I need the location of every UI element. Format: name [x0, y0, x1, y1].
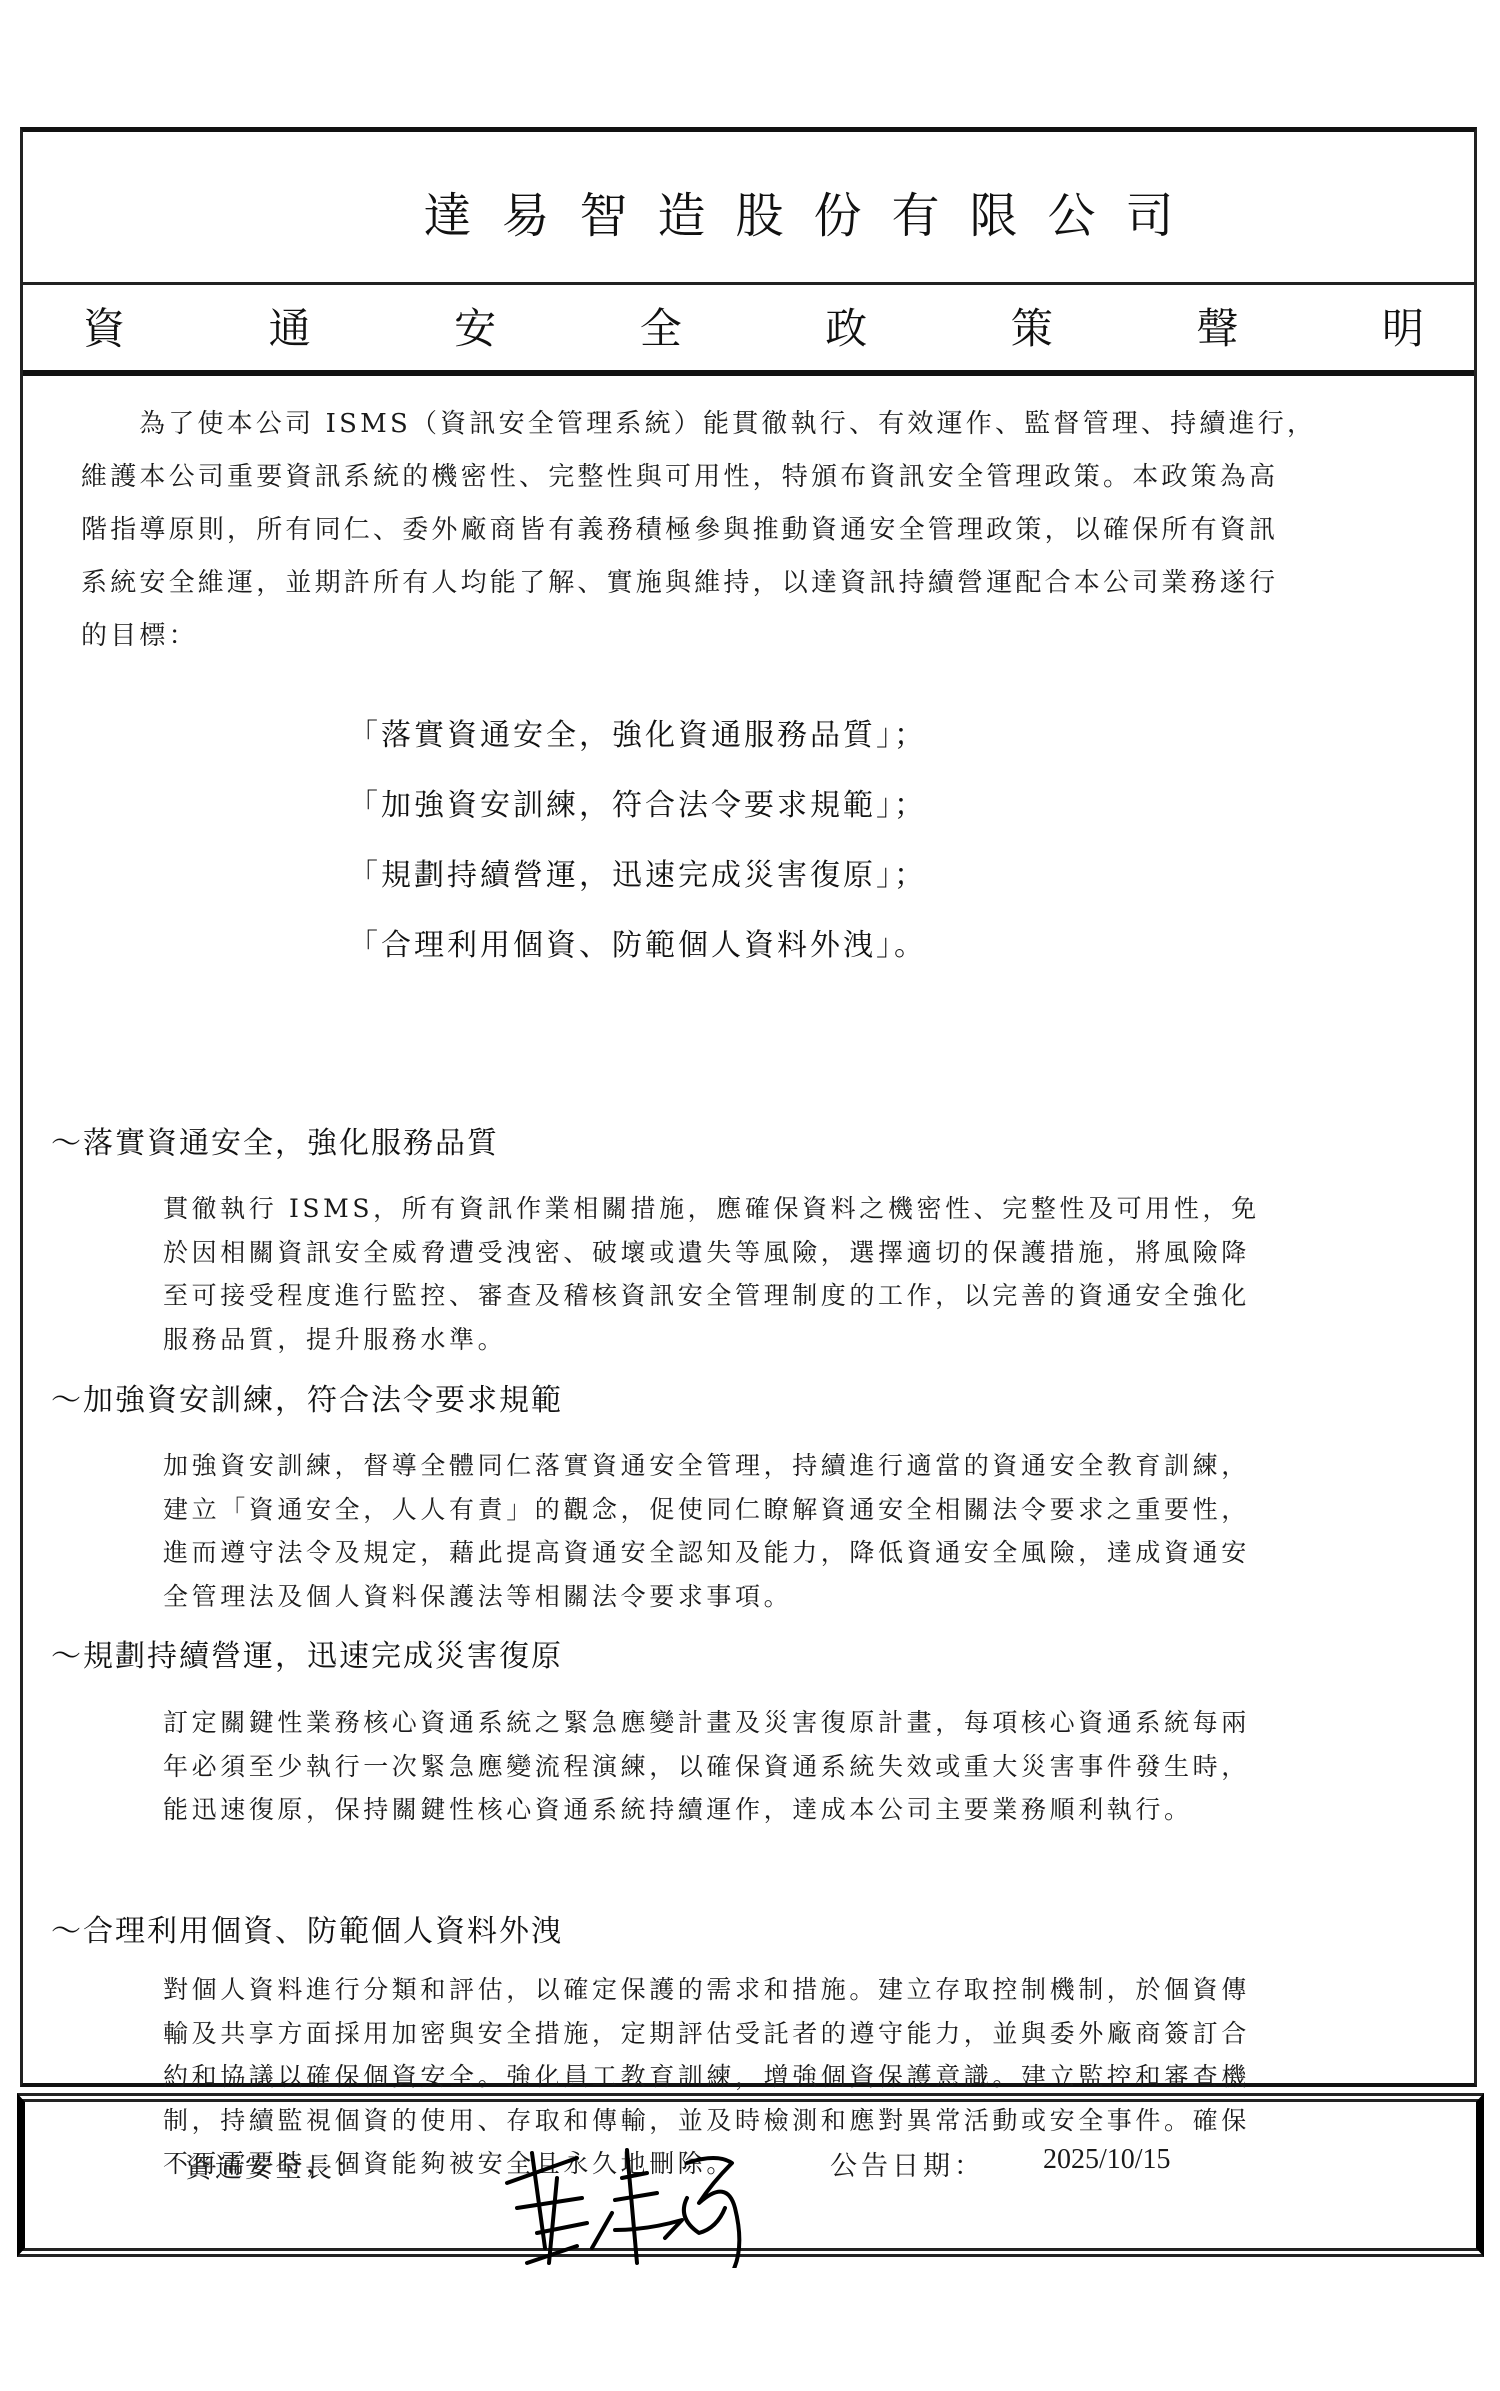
- company-name: 達易智造股份有限公司: [293, 177, 1203, 246]
- section-heading: ～規劃持續營運，迅速完成災害復原: [51, 1631, 563, 1675]
- title-char: 通: [269, 296, 311, 356]
- section-line: 訂定關鍵性業務核心資通系統之緊急應變計畫及災害復原計畫，每項核心資通系統每兩: [163, 1701, 1413, 1745]
- section-body: 貫徹執行 ISMS，所有資訊作業相關措施，應確保資料之機密性、完整性及可用性，免…: [163, 1187, 1413, 1361]
- section-line: 貫徹執行 ISMS，所有資訊作業相關措施，應確保資料之機密性、完整性及可用性，免: [163, 1187, 1413, 1231]
- document-title: 資 通 安 全 政 策 聲 明: [23, 282, 1474, 376]
- company-header: 達易智造股份有限公司: [23, 132, 1474, 285]
- section-line: 全管理法及個人資料保護法等相關法令要求事項。: [163, 1575, 1413, 1619]
- section-line: 年必須至少執行一次緊急應變流程演練，以確保資通系統失效或重大災害事件發生時，: [163, 1745, 1413, 1789]
- title-char: 資: [83, 296, 125, 356]
- goal-item: 「落實資通安全，強化資通服務品質」；: [348, 701, 927, 771]
- section-heading: ～合理利用個資、防範個人資料外洩: [51, 1906, 563, 1950]
- announcement-date: 2025/10/15: [1043, 2144, 1171, 2176]
- intro-line: 為了使本公司 ISMS（資訊安全管理系統）能貫徹執行、有效運作、監督管理、持續進…: [81, 398, 1431, 451]
- goal-item: 「規劃持續營運，迅速完成災害復原」；: [348, 841, 927, 911]
- section-heading: ～加強資安訓練，符合法令要求規範: [51, 1375, 563, 1419]
- section-line: 對個人資料進行分類和評估，以確定保護的需求和措施。建立存取控制機制，於個資傳: [163, 1968, 1413, 2012]
- title-char: 安: [454, 296, 496, 356]
- title-char: 明: [1382, 296, 1424, 356]
- policy-document-frame: 達易智造股份有限公司 資 通 安 全 政 策 聲 明 為了使本公司 ISMS（資…: [20, 127, 1477, 2087]
- officer-label: 資通安全長：: [185, 2146, 365, 2185]
- handwritten-signature-icon: [487, 2138, 747, 2268]
- goal-item: 「加強資安訓練，符合法令要求規範」；: [348, 771, 927, 841]
- section-line: 至可接受程度進行監控、審查及稽核資訊安全管理制度的工作，以完善的資通安全強化: [163, 1274, 1413, 1318]
- title-char: 策: [1011, 296, 1053, 356]
- intro-line: 維護本公司重要資訊系統的機密性、完整性與可用性，特頒布資訊安全管理政策。本政策為…: [81, 451, 1431, 504]
- intro-line: 的目標：: [81, 610, 1431, 663]
- signature-block: 資通安全長： 公告日期： 2025/10/15: [17, 2093, 1484, 2257]
- section-heading: ～落實資通安全，強化服務品質: [51, 1118, 499, 1162]
- goal-item: 「合理利用個資、防範個人資料外洩」。: [348, 911, 927, 981]
- title-char: 聲: [1196, 296, 1238, 356]
- announcement-date-label: 公告日期：: [830, 2144, 985, 2183]
- section-line: 加強資安訓練，督導全體同仁落實資通安全管理，持續進行適當的資通安全教育訓練，: [163, 1444, 1413, 1488]
- section-line: 能迅速復原，保持關鍵性核心資通系統持續運作，達成本公司主要業務順利執行。: [163, 1788, 1413, 1832]
- section-line: 進而遵守法令及規定，藉此提高資通安全認知及能力，降低資通安全風險，達成資通安: [163, 1531, 1413, 1575]
- section-body: 訂定關鍵性業務核心資通系統之緊急應變計畫及災害復原計畫，每項核心資通系統每兩 年…: [163, 1701, 1413, 1832]
- intro-line: 階指導原則，所有同仁、委外廠商皆有義務積極參與推動資通安全管理政策，以確保所有資…: [81, 504, 1431, 557]
- section-body: 加強資安訓練，督導全體同仁落實資通安全管理，持續進行適當的資通安全教育訓練， 建…: [163, 1444, 1413, 1618]
- section-line: 建立「資通安全，人人有責」的觀念，促使同仁瞭解資通安全相關法令要求之重要性，: [163, 1488, 1413, 1532]
- section-line: 於因相關資訊安全威脅遭受洩密、破壞或遺失等風險，選擇適切的保護措施，將風險降: [163, 1231, 1413, 1275]
- section-line: 約和協議以確保個資安全。強化員工教育訓練，增強個資保護意識。建立監控和審查機: [163, 2055, 1413, 2099]
- intro-line: 系統安全維運，並期許所有人均能了解、實施與維持，以達資訊持續營運配合本公司業務遂…: [81, 557, 1431, 610]
- title-char: 全: [640, 296, 682, 356]
- policy-goals-list: 「落實資通安全，強化資通服務品質」； 「加強資安訓練，符合法令要求規範」； 「規…: [348, 701, 927, 981]
- intro-paragraph: 為了使本公司 ISMS（資訊安全管理系統）能貫徹執行、有效運作、監督管理、持續進…: [81, 398, 1431, 663]
- title-char: 政: [825, 296, 867, 356]
- section-line: 輸及共享方面採用加密與安全措施，定期評估受託者的遵守能力，並與委外廠商簽訂合: [163, 2012, 1413, 2056]
- section-line: 服務品質，提升服務水準。: [163, 1318, 1413, 1362]
